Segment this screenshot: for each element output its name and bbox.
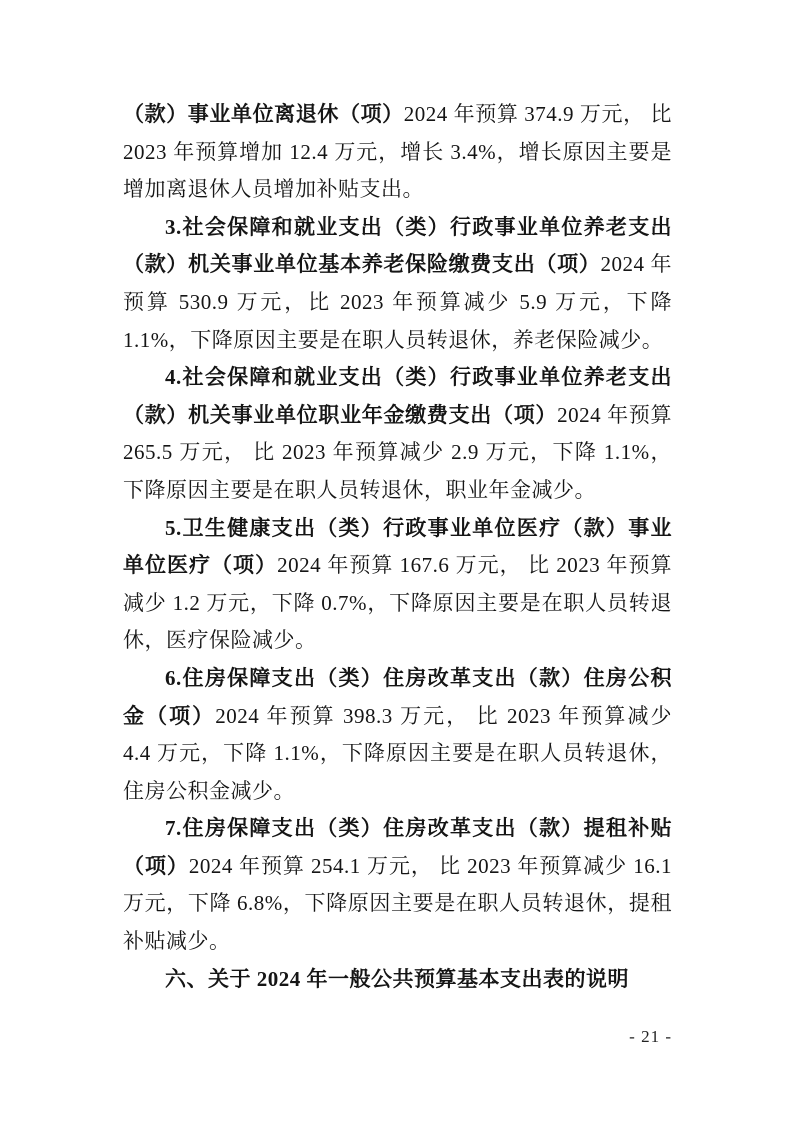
body-paragraph-basic-pension: 3.社会保障和就业支出（类）行政事业单位养老支出（款）机关事业单位基本养老保险缴… bbox=[123, 209, 672, 359]
page-number: - 21 - bbox=[629, 1027, 672, 1047]
paragraph-bold-head: （款）事业单位离退休（项） bbox=[123, 102, 404, 126]
section-heading: 六、关于 2024 年一般公共预算基本支出表的说明 bbox=[123, 961, 672, 999]
document-page: （款）事业单位离退休（项）2024 年预算 374.9 万元， 比 2023 年… bbox=[0, 0, 793, 1122]
document-body: （款）事业单位离退休（项）2024 年预算 374.9 万元， 比 2023 年… bbox=[123, 96, 672, 998]
body-paragraph-rent-subsidy: 7.住房保障支出（类）住房改革支出（款）提租补贴（项）2024 年预算 254.… bbox=[123, 810, 672, 960]
body-paragraph-annuity: 4.社会保障和就业支出（类）行政事业单位养老支出（款）机关事业单位职业年金缴费支… bbox=[123, 359, 672, 509]
body-paragraph-housing-fund: 6.住房保障支出（类）住房改革支出（款）住房公积金（项）2024 年预算 398… bbox=[123, 660, 672, 810]
paragraph-text: 2024 年预算 254.1 万元， 比 2023 年预算减少 16.1 万元，… bbox=[123, 854, 672, 953]
paragraph-bold-head: 3.社会保障和就业支出（类）行政事业单位养老支出（款）机关事业单位基本养老保险缴… bbox=[123, 215, 672, 277]
body-paragraph-medical: 5.卫生健康支出（类）行政事业单位医疗（款）事业单位医疗（项）2024 年预算 … bbox=[123, 510, 672, 660]
body-paragraph-retirement: （款）事业单位离退休（项）2024 年预算 374.9 万元， 比 2023 年… bbox=[123, 96, 672, 209]
